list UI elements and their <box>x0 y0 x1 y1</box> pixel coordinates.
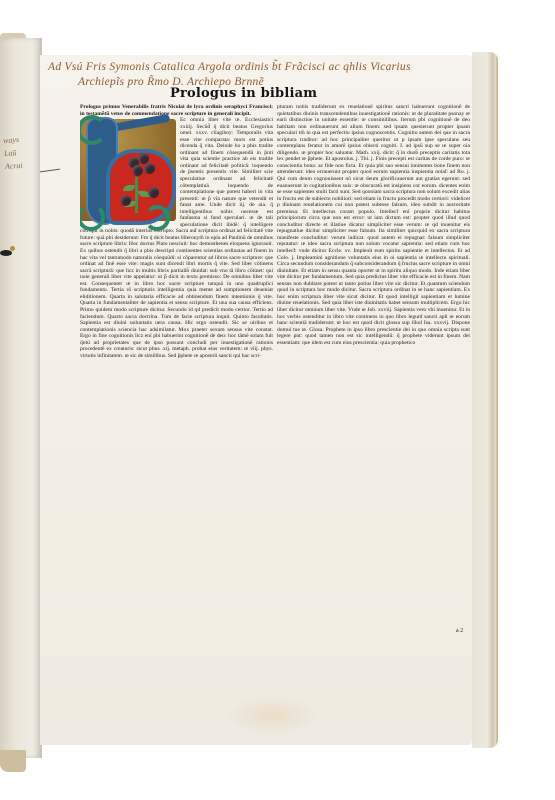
vine-stem-icon <box>135 177 138 213</box>
text-column-right: pturam nobis tradiderunt ex reuelationē… <box>277 104 470 634</box>
prologue-rubric: Prologus primus Venerabilis fratris Nico… <box>80 104 273 117</box>
illuminated-initial <box>80 119 176 221</box>
text-column-left: Prologus primus Venerabilis fratris Nico… <box>80 104 273 634</box>
right-column-body: pturam nobis tradiderunt ex reuelationē… <box>277 104 470 346</box>
book-spread: ways Laũ Acrai Ad Vsú Fris Symonis Cat… <box>0 0 555 800</box>
inscription-line-1: Ad Vsú Fris Symonis Catalica Argola ord… <box>48 60 468 75</box>
swirl-ornament-icon <box>144 205 170 231</box>
signature-mark: a 2 <box>456 628 463 634</box>
ink-blot <box>0 250 12 256</box>
paper-stain <box>225 695 320 735</box>
page-fore-edge <box>472 52 498 748</box>
ink-stain <box>10 246 15 251</box>
left-page-bottom-edge <box>0 750 26 772</box>
left-page: ways Laũ Acrai <box>0 38 42 758</box>
left-page-annotation: ways Laũ Acrai <box>3 132 36 173</box>
page-title: Prologus in bibliam <box>170 86 370 101</box>
